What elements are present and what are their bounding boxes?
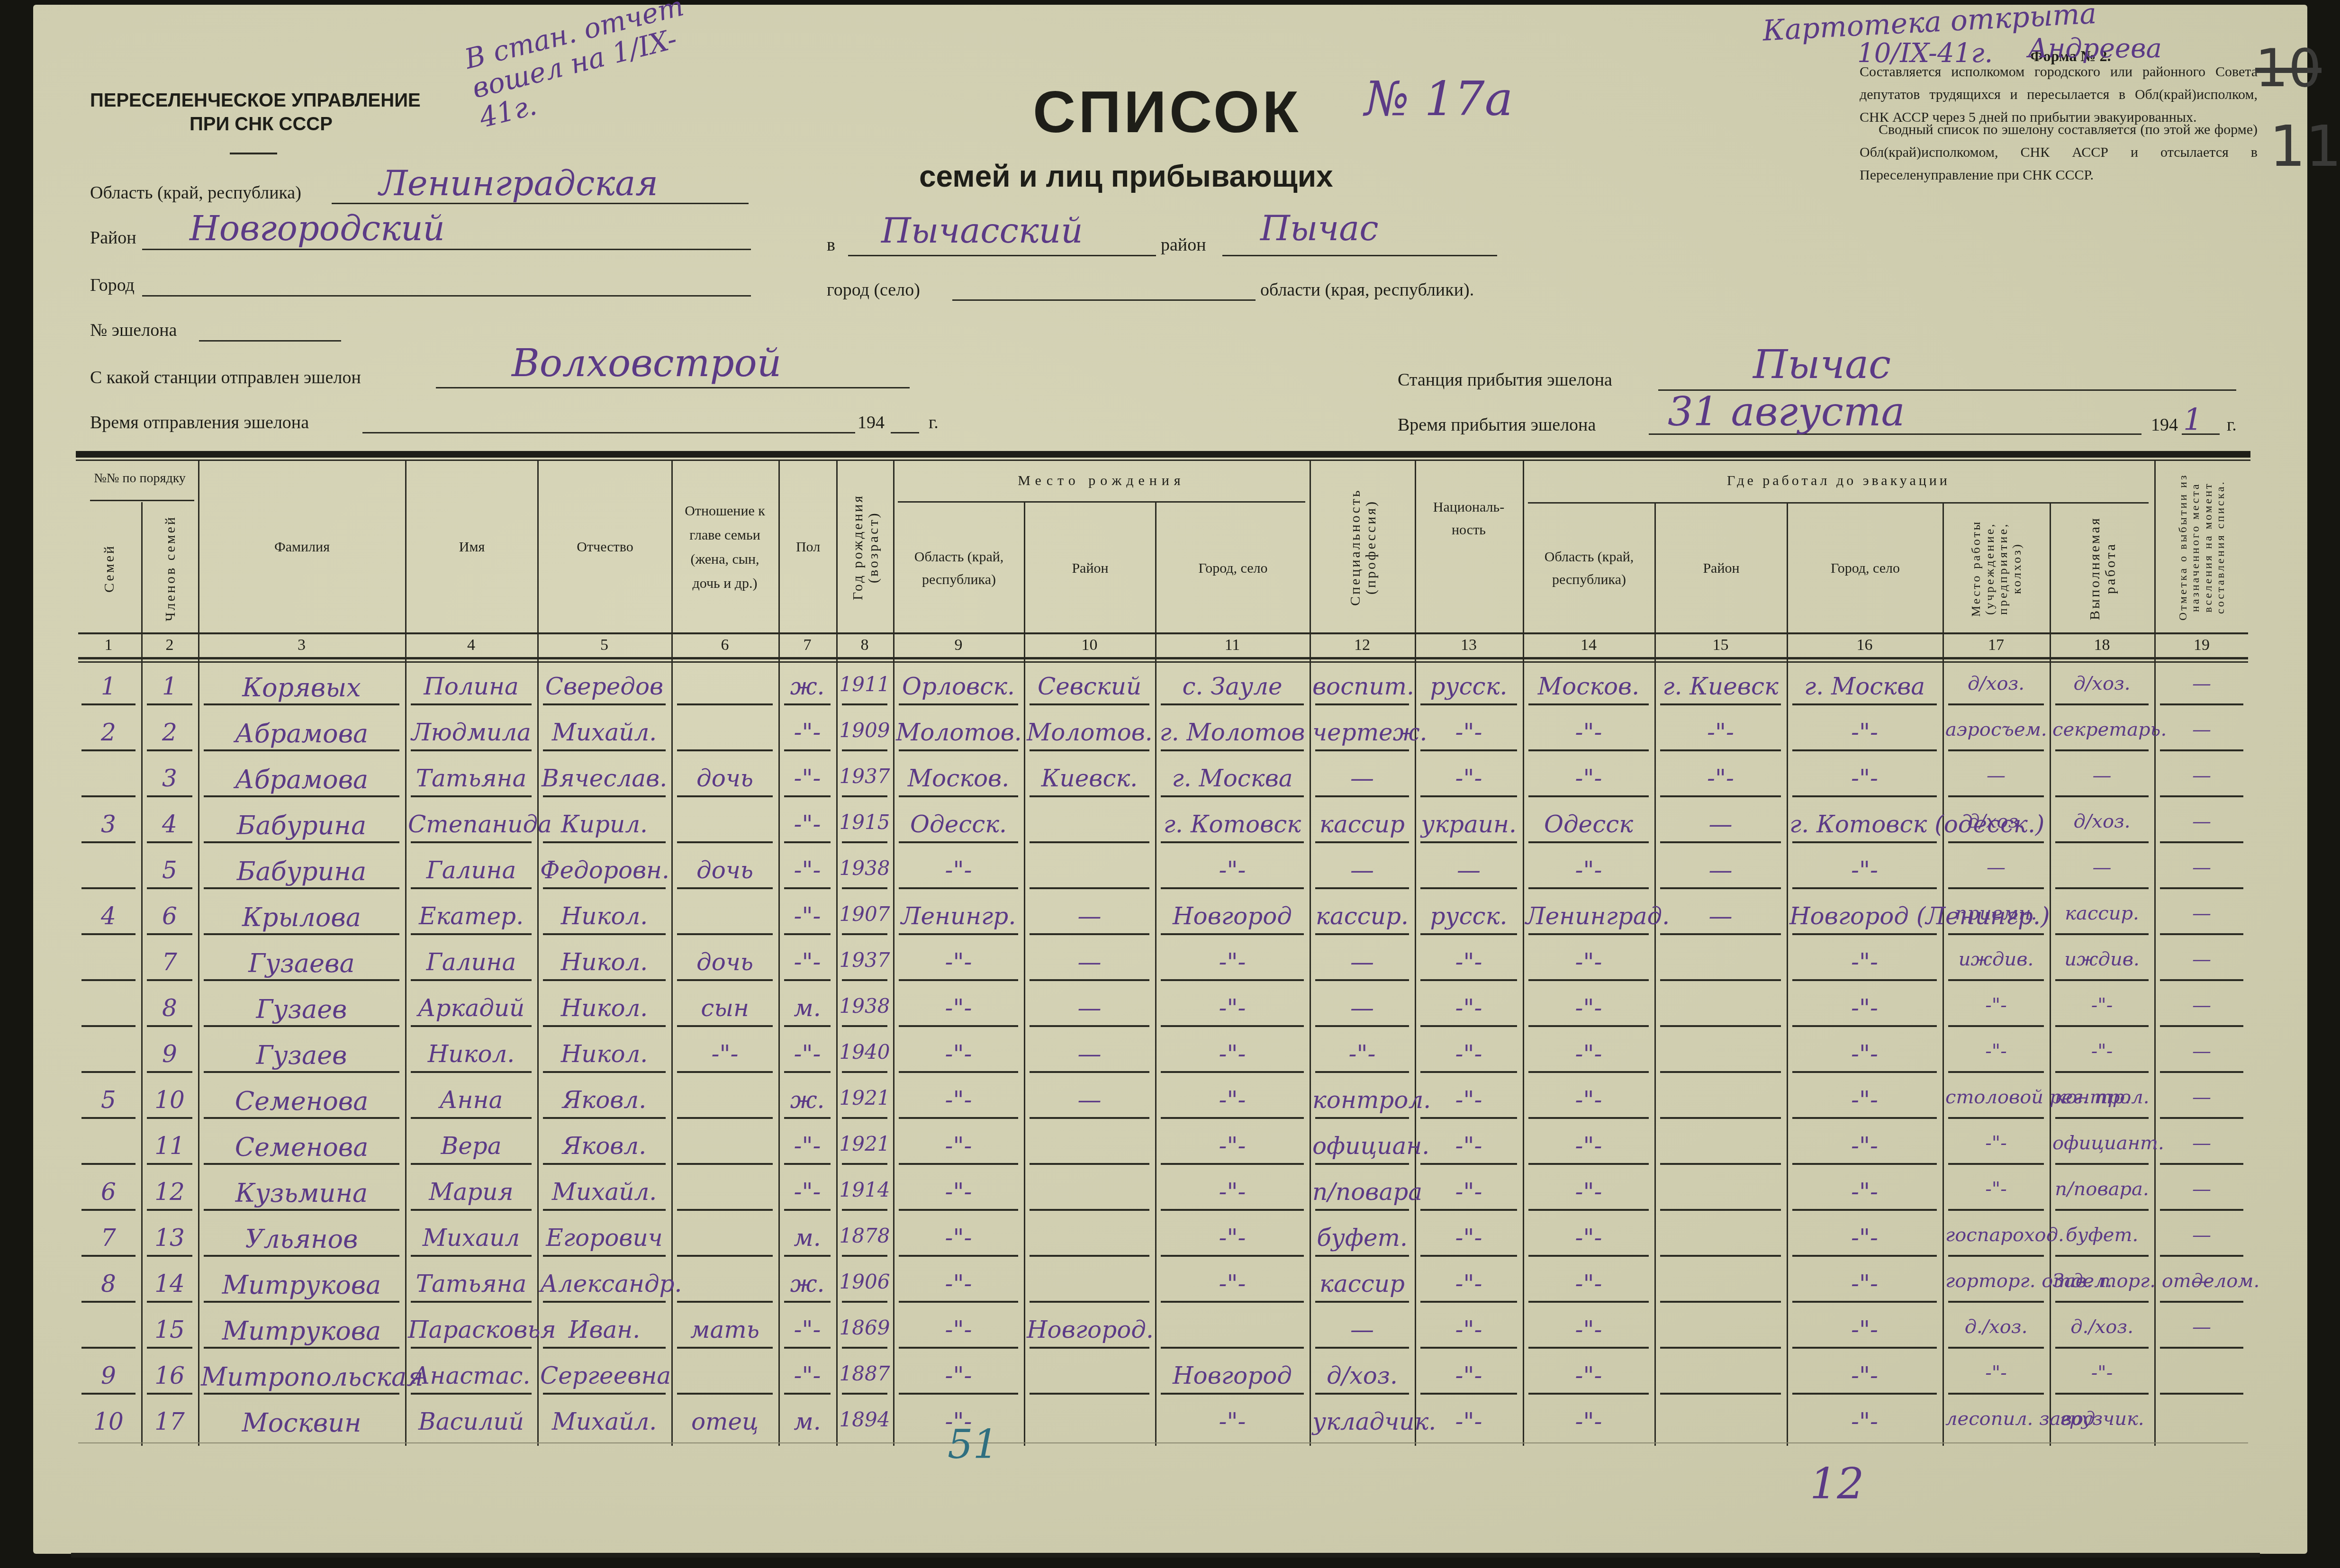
cell-underline: [1948, 1117, 2044, 1119]
cell-underline: [784, 749, 831, 751]
cell-fam: 10: [79, 1408, 138, 1435]
cell-profession: —: [1312, 994, 1412, 1022]
cell-underline: [1161, 1071, 1304, 1073]
cell-underline: [147, 1071, 192, 1073]
cell-w_city: г. Котовск (одесск.): [1789, 811, 1940, 838]
cell-underline: [1420, 1255, 1517, 1257]
cell-w_obl: -"-: [1526, 1316, 1652, 1343]
cell-profession: воспит.: [1312, 673, 1412, 700]
cell-underline: [543, 1347, 666, 1349]
cell-underline: [842, 1301, 887, 1303]
cell-underline: [411, 1347, 532, 1349]
cell-fam: 9: [79, 1362, 138, 1389]
column-number: 10: [1024, 636, 1155, 654]
cell-underline: [147, 1209, 192, 1211]
cell-profession: —: [1312, 1316, 1412, 1343]
cell-underline: [204, 1071, 399, 1073]
cell-underline: [81, 979, 136, 981]
column-number: 14: [1523, 636, 1654, 654]
depart-time-line[interactable]: [362, 432, 855, 433]
cell-underline: [899, 1255, 1018, 1257]
cell-sex: -"-: [781, 765, 833, 792]
cell-mem: 13: [144, 1224, 195, 1252]
cell-mem: 14: [144, 1270, 195, 1298]
cell-underline: [1315, 749, 1409, 751]
cell-profession: —: [1312, 765, 1412, 792]
arrive-year-digit[interactable]: 1: [2183, 403, 2203, 438]
cell-underline: [2160, 841, 2243, 843]
cell-underline: [1030, 795, 1149, 797]
gorod-line[interactable]: [142, 295, 751, 297]
col-header-14: Область (край, республика): [1525, 505, 1653, 632]
cell-underline: [1948, 1347, 2044, 1349]
cell-underline: [842, 795, 887, 797]
cell-name: Полина: [408, 673, 534, 700]
cell-job: секретарь.: [2052, 719, 2151, 740]
card-index-signature: Андреева: [2028, 33, 2162, 64]
cell-underline: [1420, 933, 1517, 935]
cell-underline: [677, 1071, 773, 1073]
cell-underline: [842, 1071, 887, 1073]
cell-nationality: русск.: [1418, 673, 1520, 700]
cell-underline: [2160, 1163, 2243, 1165]
list-number: № 17а: [1364, 71, 1513, 126]
cell-underline: [1948, 887, 2044, 889]
cell-underline: [1030, 749, 1149, 751]
dest-city-line[interactable]: [952, 299, 1256, 301]
cell-underline: [204, 1347, 399, 1349]
cell-nationality: украин.: [1418, 811, 1520, 838]
cell-nationality: -"-: [1418, 1316, 1520, 1343]
arrive-year-suffix: г.: [2227, 415, 2237, 435]
cell-underline: [1161, 1163, 1304, 1165]
cell-nationality: —: [1418, 856, 1520, 884]
cell-underline: [899, 703, 1018, 705]
cell-underline: [1420, 1347, 1517, 1349]
cell-underline: [81, 1071, 136, 1073]
column-number: 7: [778, 636, 836, 654]
cell-b_rayon: —: [1027, 948, 1152, 976]
cell-underline: [543, 1025, 666, 1027]
cell-w_city: -"-: [1789, 1086, 1940, 1114]
cell-underline: [411, 1163, 532, 1165]
cell-w_city: -"-: [1789, 719, 1940, 746]
cell-underline: [411, 1209, 532, 1211]
cell-surname: Ульянов: [201, 1224, 402, 1254]
cell-nationality: -"-: [1418, 765, 1520, 792]
cell-underline: [677, 933, 773, 935]
cell-underline: [411, 749, 532, 751]
col-line: [671, 460, 673, 1446]
cell-underline: [899, 1117, 1018, 1119]
cell-b_obl: Москов.: [896, 765, 1021, 792]
column-number: 1: [76, 636, 141, 654]
cell-sex: -"-: [781, 1178, 833, 1206]
cell-underline: [1792, 1163, 1937, 1165]
cell-relation: -"-: [674, 1040, 776, 1068]
cell-b_city: г. Москва: [1158, 765, 1307, 792]
cell-underline: [1660, 1301, 1781, 1303]
cell-underline: [1420, 1393, 1517, 1395]
cell-underline: [1792, 1255, 1937, 1257]
cell-sex: -"-: [781, 1316, 833, 1343]
cell-w_obl: -"-: [1526, 948, 1652, 976]
cell-underline: [1528, 1071, 1649, 1073]
cell-relation: сын: [674, 994, 776, 1022]
cell-w_city: -"-: [1789, 765, 1940, 792]
col-header-4: Имя: [407, 462, 537, 632]
cell-underline: [1161, 703, 1304, 705]
cell-underline: [81, 1393, 136, 1395]
cell-underline: [1315, 703, 1409, 705]
cell-patronymic: Кирил.: [540, 811, 669, 838]
form-instructions-2: Сводный список по эшелону составляется (…: [1860, 118, 2258, 187]
cell-underline: [543, 1393, 666, 1395]
cell-underline: [1792, 1025, 1937, 1027]
cell-underline: [81, 1347, 136, 1349]
cell-underline: [2160, 1255, 2243, 1257]
cell-underline: [899, 841, 1018, 843]
dest-region-label: области (края, республики).: [1260, 279, 1474, 300]
cell-underline: [543, 1163, 666, 1165]
cell-underline: [1948, 1393, 2044, 1395]
card-index-date: 10/IX-41г.: [1857, 38, 1993, 69]
cell-underline: [2055, 1071, 2149, 1073]
cell-underline: [204, 703, 399, 705]
cell-underline: [1528, 1163, 1649, 1165]
cell-b_city: -"-: [1158, 1178, 1307, 1206]
cell-w_obl: -"-: [1526, 1408, 1652, 1435]
cell-underline: [1660, 1117, 1781, 1119]
cell-underline: [1420, 1025, 1517, 1027]
cell-patronymic: Никол.: [540, 1040, 669, 1068]
cell-w_obl: -"-: [1526, 1086, 1652, 1114]
cell-underline: [1420, 1117, 1517, 1119]
cell-underline: [784, 1025, 831, 1027]
station-to-label: Станция прибытия эшелона: [1398, 369, 1612, 390]
cell-w_obl: Ленинград.: [1526, 902, 1652, 930]
cell-sex: ж.: [781, 673, 833, 700]
cell-underline: [784, 1163, 831, 1165]
cell-b_obl: -"-: [896, 994, 1021, 1022]
column-number: 4: [405, 636, 537, 654]
cell-underline: [1948, 933, 2044, 935]
cell-underline: [1528, 749, 1649, 751]
col-header-8: Год рождения (возраст): [838, 462, 893, 632]
cell-w_obl: -"-: [1526, 1132, 1652, 1160]
dest-value[interactable]: Пычасский: [881, 211, 1083, 251]
cell-underline: [1315, 841, 1409, 843]
cell-underline: [543, 703, 666, 705]
cell-surname: Кузьмина: [201, 1178, 402, 1208]
cell-underline: [1420, 841, 1517, 843]
cell-w_rayon: -"-: [1657, 719, 1784, 746]
cell-underline: [677, 1255, 773, 1257]
depart-year-line[interactable]: [891, 432, 919, 433]
cell-underline: [1030, 1117, 1149, 1119]
cell-mark: —: [2157, 1270, 2246, 1292]
cell-nationality: -"-: [1418, 1040, 1520, 1068]
cell-underline: [899, 933, 1018, 935]
col-header-11: Город, село: [1156, 505, 1310, 632]
cell-underline: [1660, 1393, 1781, 1395]
cell-w_obl: -"-: [1526, 1362, 1652, 1389]
cell-underline: [411, 795, 532, 797]
cell-underline: [411, 703, 532, 705]
cell-underline: [784, 1071, 831, 1073]
cell-surname: Крылова: [201, 902, 402, 932]
cell-underline: [842, 887, 887, 889]
cell-b_city: -"-: [1158, 856, 1307, 884]
oblast-value[interactable]: Ленинградская: [379, 163, 658, 203]
cell-underline: [2160, 749, 2243, 751]
cell-workplace: -"-: [1945, 1040, 2047, 1062]
cell-underline: [1792, 841, 1937, 843]
dest-rayon-value[interactable]: Пычас: [1260, 208, 1378, 248]
org-name-line1: ПЕРЕСЕЛЕНЧЕСКОЕ УПРАВЛЕНИЕ: [90, 90, 421, 111]
cell-b_rayon: —: [1027, 1086, 1152, 1114]
cell-underline: [204, 1117, 399, 1119]
station-to-value[interactable]: Пычас: [1753, 341, 1891, 387]
cell-underline: [1528, 933, 1649, 935]
cell-underline: [784, 841, 831, 843]
cell-underline: [81, 1301, 136, 1303]
cell-underline: [677, 841, 773, 843]
cell-underline: [543, 887, 666, 889]
cell-job: иждив.: [2052, 948, 2151, 970]
cell-year: 1914: [839, 1178, 890, 1201]
cell-underline: [204, 1393, 399, 1395]
cell-b_city: г. Котовск: [1158, 811, 1307, 838]
cell-name: Анастас.: [408, 1362, 534, 1389]
cell-mem: 2: [144, 719, 195, 746]
depart-year-suffix: г.: [929, 412, 939, 433]
cell-b_city: Новгород: [1158, 902, 1307, 930]
cell-underline: [2055, 979, 2149, 981]
cell-name: Парасковья: [408, 1316, 534, 1343]
cell-year: 1915: [839, 811, 890, 834]
cell-b_city: -"-: [1158, 1040, 1307, 1068]
cell-w_city: -"-: [1789, 856, 1940, 884]
cell-underline: [899, 1393, 1018, 1395]
cell-w_city: г. Москва: [1789, 673, 1940, 700]
cell-workplace: -"-: [1945, 994, 2047, 1016]
col-header-7: Пол: [780, 462, 836, 632]
cell-underline: [1315, 1393, 1409, 1395]
cell-w_obl: -"-: [1526, 994, 1652, 1022]
cell-underline: [1315, 1209, 1409, 1211]
cell-underline: [1161, 1117, 1304, 1119]
cell-underline: [2055, 1025, 2149, 1027]
column-number: 9: [893, 636, 1024, 654]
cell-w_city: -"-: [1789, 1040, 1940, 1068]
cell-w_obl: Одесск: [1526, 811, 1652, 838]
col-header-3: Фамилия: [199, 462, 405, 632]
cell-underline: [1948, 841, 2044, 843]
cell-underline: [842, 1117, 887, 1119]
cell-underline: [2160, 795, 2243, 797]
cell-underline: [2160, 887, 2243, 889]
cell-underline: [1528, 1393, 1649, 1395]
col-line: [1523, 460, 1524, 1446]
col-header-19: Отметка о выбытии из назначенного места …: [2156, 462, 2248, 632]
cell-patronymic: Свередов: [540, 673, 669, 700]
cell-underline: [842, 1025, 887, 1027]
cell-underline: [543, 749, 666, 751]
cell-underline: [1420, 749, 1517, 751]
cell-relation: дочь: [674, 856, 776, 884]
cell-sex: ж.: [781, 1270, 833, 1298]
cell-mark: —: [2157, 1040, 2246, 1062]
cell-underline: [1161, 1301, 1304, 1303]
cell-fam: 7: [79, 1224, 138, 1252]
cell-underline: [1315, 1255, 1409, 1257]
cell-b_obl: -"-: [896, 1040, 1021, 1068]
cell-mem: 15: [144, 1316, 195, 1343]
cell-workplace: лесопил. завод: [1945, 1408, 2047, 1430]
cell-underline: [543, 1117, 666, 1119]
cell-underline: [1948, 749, 2044, 751]
cell-underline: [1315, 1117, 1409, 1119]
cell-underline: [543, 933, 666, 935]
cell-mem: 9: [144, 1040, 195, 1068]
cell-underline: [784, 795, 831, 797]
cell-relation: отец: [674, 1408, 776, 1435]
cell-underline: [2055, 1117, 2149, 1119]
cell-underline: [1948, 979, 2044, 981]
cell-nationality: -"-: [1418, 1408, 1520, 1435]
rayon-value[interactable]: Новгородский: [190, 208, 445, 248]
cell-job: —: [2052, 765, 2151, 786]
cell-b_city: -"-: [1158, 1086, 1307, 1114]
cell-fam: 5: [79, 1086, 138, 1114]
cell-patronymic: Никол.: [540, 994, 669, 1022]
cell-underline: [411, 933, 532, 935]
colnum-bottom-line: [78, 657, 2248, 659]
cell-name: Людмила: [408, 719, 534, 746]
cell-w_rayon: г. Киевск: [1657, 673, 1784, 700]
cell-underline: [81, 1255, 136, 1257]
cell-underline: [842, 1393, 887, 1395]
cell-name: Мария: [408, 1178, 534, 1206]
cell-patronymic: Яковл.: [540, 1086, 669, 1114]
cell-b_obl: -"-: [896, 1362, 1021, 1389]
cell-b_city: -"-: [1158, 1224, 1307, 1252]
cell-underline: [1528, 1025, 1649, 1027]
cell-surname: Абрамова: [201, 765, 402, 794]
station-from-line: [436, 387, 910, 388]
cell-workplace: -"-: [1945, 1178, 2047, 1200]
cell-b_city: -"-: [1158, 1408, 1307, 1435]
cell-underline: [1315, 1347, 1409, 1349]
cell-profession: —: [1312, 856, 1412, 884]
cell-underline: [1161, 841, 1304, 843]
cell-underline: [1420, 1071, 1517, 1073]
cell-underline: [2160, 979, 2243, 981]
cell-underline: [677, 1117, 773, 1119]
cell-underline: [899, 1071, 1018, 1073]
cell-patronymic: Михайл.: [540, 1408, 669, 1435]
cell-profession: -"-: [1312, 1040, 1412, 1068]
cell-underline: [1030, 1163, 1149, 1165]
cell-w_city: -"-: [1789, 1408, 1940, 1435]
cell-underline: [842, 933, 887, 935]
cell-mark: —: [2157, 1178, 2246, 1200]
cell-profession: кассир.: [1312, 902, 1412, 930]
cell-underline: [543, 795, 666, 797]
cell-underline: [1315, 1025, 1409, 1027]
cell-underline: [81, 933, 136, 935]
col-line: [893, 460, 894, 1446]
cell-underline: [1792, 1117, 1937, 1119]
cell-w_rayon: -"-: [1657, 765, 1784, 792]
station-from-value[interactable]: Волховстрой: [512, 341, 781, 385]
cell-b_obl: Молотов.: [896, 719, 1021, 746]
cell-underline: [411, 841, 532, 843]
cell-underline: [842, 1163, 887, 1165]
echelon-line[interactable]: [199, 340, 341, 342]
cell-underline: [784, 1301, 831, 1303]
cell-w_city: -"-: [1789, 948, 1940, 976]
cell-mem: 12: [144, 1178, 195, 1206]
col-header-13: Националь-ность: [1417, 462, 1521, 576]
cell-underline: [1315, 1301, 1409, 1303]
cell-underline: [543, 1301, 666, 1303]
cell-w_rayon: —: [1657, 856, 1784, 884]
cell-nationality: -"-: [1418, 1086, 1520, 1114]
cell-underline: [1948, 1025, 2044, 1027]
cell-mem: 10: [144, 1086, 195, 1114]
cell-workplace: —: [1945, 856, 2047, 878]
list-title: СПИСОК: [1033, 78, 1301, 146]
cell-underline: [784, 1347, 831, 1349]
cell-b_obl: -"-: [896, 856, 1021, 884]
cell-year: 1909: [839, 719, 890, 742]
cell-fam: 6: [79, 1178, 138, 1206]
col-header-2: Членов семей: [142, 505, 198, 632]
cell-underline: [147, 887, 192, 889]
cell-w_city: -"-: [1789, 1316, 1940, 1343]
cell-year: 1938: [839, 856, 890, 880]
cell-underline: [147, 795, 192, 797]
cell-underline: [899, 979, 1018, 981]
arrive-time-value[interactable]: 31 августа: [1668, 388, 1905, 435]
cell-job: кассир.: [2052, 902, 2151, 924]
cell-underline: [2160, 1301, 2243, 1303]
cell-underline: [842, 1255, 887, 1257]
cell-workplace: аэросъем.: [1945, 719, 2047, 740]
cell-year: 1937: [839, 948, 890, 972]
cell-mem: 4: [144, 811, 195, 838]
cell-underline: [1660, 1209, 1781, 1211]
cell-underline: [1030, 1071, 1149, 1073]
cell-underline: [1315, 887, 1409, 889]
cell-job: Зав. торг. отделом.: [2052, 1270, 2151, 1292]
cell-underline: [543, 1209, 666, 1211]
cell-mem: 16: [144, 1362, 195, 1389]
cell-underline: [1528, 1347, 1649, 1349]
cell-w_obl: -"-: [1526, 1178, 1652, 1206]
cell-b_rayon: Новгород.: [1027, 1316, 1152, 1343]
dest-rayon-line: [1222, 255, 1497, 256]
cell-underline: [1528, 979, 1649, 981]
col-header-12: Специальность (профессия): [1311, 462, 1415, 632]
colnum-bottom-line-2: [78, 661, 2248, 663]
column-number: 16: [1787, 636, 1942, 654]
column-number: 6: [671, 636, 778, 654]
cell-underline: [2055, 1209, 2149, 1211]
cell-underline: [677, 1163, 773, 1165]
